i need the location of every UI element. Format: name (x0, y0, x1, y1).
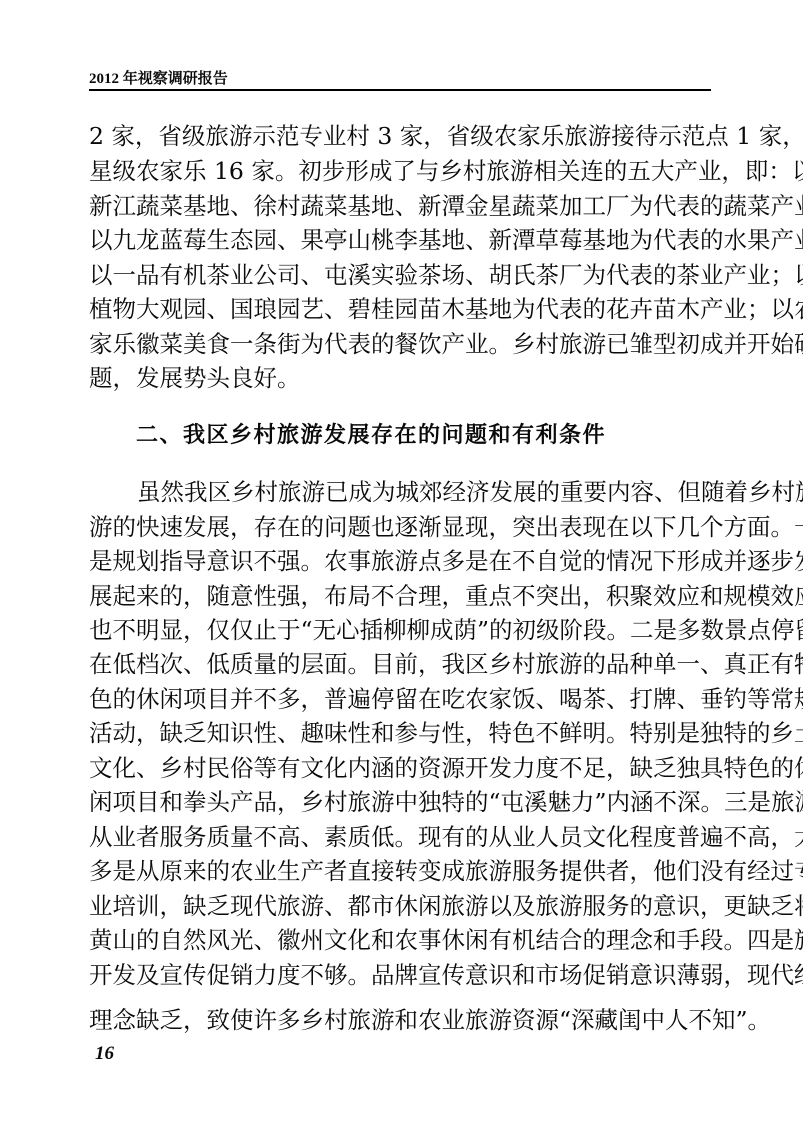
header-rule (89, 89, 711, 91)
text-line: 星级农家乐 16 家。初步形成了与乡村旅游相关连的五大产业，即：以 (89, 156, 708, 186)
text-line: 题，发展势头良好。 (89, 363, 708, 393)
section-heading: 二、我区乡村旅游发展存在的问题和有利条件 (136, 421, 606, 451)
text-line: 新江蔬菜基地、徐村蔬菜基地、新潭金星蔬菜加工厂为代表的蔬菜产业； (89, 191, 708, 221)
text-line: 在低档次、低质量的层面。目前，我区乡村旅游的品种单一、真正有特 (89, 649, 708, 679)
text-line: 家乐徽菜美食一条街为代表的餐饮产业。乡村旅游已雏型初成并开始破 (89, 329, 708, 359)
page-number: 16 (95, 1043, 114, 1065)
text-line: 是规划指导意识不强。农事旅游点多是在不自觉的情况下形成并逐步发 (89, 546, 708, 576)
text-line: 色的休闲项目并不多，普遍停留在吃农家饭、喝茶、打牌、垂钓等常规 (89, 684, 708, 714)
text-line: 多是从原来的农业生产者直接转变成旅游服务提供者，他们没有经过专 (89, 856, 708, 886)
text-line: 游的快速发展，存在的问题也逐渐显现，突出表现在以下几个方面。一 (89, 512, 708, 542)
text-line: 展起来的，随意性强，布局不合理，重点不突出，积聚效应和规模效应 (89, 581, 708, 611)
text-line: 业培训，缺乏现代旅游、都市休闲旅游以及旅游服务的意识，更缺乏将 (89, 891, 708, 921)
text-line: 植物大观园、国琅园艺、碧桂园苗木基地为代表的花卉苗木产业；以农 (89, 294, 708, 324)
text-line: 2 家，省级旅游示范专业村 3 家，省级农家乐旅游接待示范点 1 家，市 (89, 121, 708, 151)
running-header: 2012 年视察调研报告 (89, 70, 228, 88)
text-line: 以九龙蓝莓生态园、果亭山桃李基地、新潭草莓基地为代表的水果产业； (89, 225, 708, 255)
text-line: 活动，缺乏知识性、趣味性和参与性，特色不鲜明。特别是独特的乡土 (89, 718, 708, 748)
text-line: 理念缺乏，致使许多乡村旅游和农业旅游资源“深藏闺中人不知”。 (89, 1005, 708, 1035)
text-line: 以一品有机茶业公司、屯溪实验茶场、胡氏茶厂为代表的茶业产业；以 (89, 260, 708, 290)
text-line: 从业者服务质量不高、素质低。现有的从业人员文化程度普遍不高，大 (89, 822, 708, 852)
text-line: 闲项目和拳头产品，乡村旅游中独特的“屯溪魅力”内涵不深。三是旅游 (89, 787, 708, 817)
text-line: 开发及宣传促销力度不够。品牌宣传意识和市场促销意识薄弱，现代经营 (89, 960, 708, 990)
text-line: 文化、乡村民俗等有文化内涵的资源开发力度不足，缺乏独具特色的休 (89, 753, 708, 783)
text-line: 也不明显，仅仅止于“无心插柳柳成荫”的初级阶段。二是多数景点停留 (89, 615, 708, 645)
text-line: 虽然我区乡村旅游已成为城郊经济发展的重要内容、但随着乡村旅 (137, 477, 708, 507)
text-line: 黄山的自然风光、徽州文化和农事休闲有机结合的理念和手段。四是旅游 (89, 925, 708, 955)
